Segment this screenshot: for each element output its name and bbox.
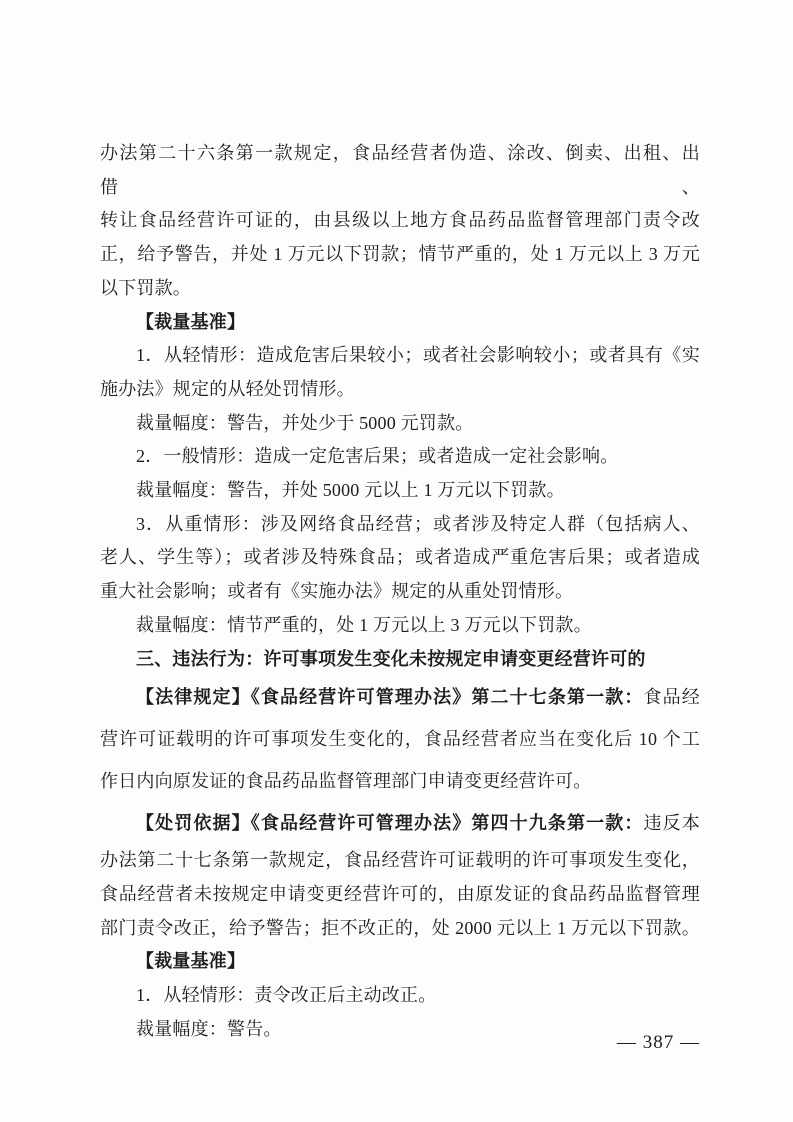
body-text-segment: 2．一般情形：造成一定危害后果；或者造成一定社会影响。 bbox=[136, 446, 618, 466]
penalty-basis-continued-line4: 以下罚款。 bbox=[100, 272, 700, 306]
discretion-standard-heading: 【裁量基准】 bbox=[100, 306, 700, 340]
legal-provision-line2: 营许可证载明的许可事项发生变化的，食品经营者应当在变化后 10 个工 bbox=[100, 718, 700, 760]
page-number: — 387 — bbox=[617, 1032, 700, 1053]
body-text-segment: 老人、学生等）；或者涉及特殊食品；或者造成严重危害后果；或者造成 bbox=[100, 547, 700, 567]
body-text-segment: 裁量幅度：情节严重的，处 1 万元以上 3 万元以下罚款。 bbox=[136, 615, 592, 635]
body-text-segment: 1．从轻情形：造成危害后果较小；或者社会影响较小；或者具有《实 bbox=[136, 345, 700, 365]
body-text-segment: 违反本 bbox=[644, 813, 700, 833]
light-case-line1: 1．从轻情形：造成危害后果较小；或者社会影响较小；或者具有《实 bbox=[100, 339, 700, 373]
document-page: 办法第二十六条第一款规定，食品经营者伪造、涂改、倒卖、出租、出借、转让食品经营许… bbox=[0, 0, 793, 1122]
penalty-basis-continued-line3: 正，给予警告，并处 1 万元以下罚款；情节严重的，处 1 万元以上 3 万元 bbox=[100, 238, 700, 272]
body-text-segment: 转让食品经营许可证的，由县级以上地方食品药品监督管理部门责令改 bbox=[100, 210, 700, 230]
body-text-segment: 重大社会影响；或者有《实施办法》规定的从重处罚情形。 bbox=[100, 581, 573, 601]
penalty-basis-line3: 食品经营者未按规定申请变更经营许可的，由原发证的食品药品监督管理 bbox=[100, 878, 700, 912]
body-text-segment: 正，给予警告，并处 1 万元以下罚款；情节严重的，处 1 万元以上 3 万元 bbox=[100, 244, 700, 264]
discretion-standard-heading-2: 【裁量基准】 bbox=[100, 945, 700, 979]
body-text-segment: 食品经 bbox=[644, 687, 700, 707]
body-text-segment: 办法第二十六条第一款规定，食品经营者伪造、涂改、倒卖、出租、出借、 bbox=[100, 143, 700, 197]
general-case-line1: 2．一般情形：造成一定危害后果；或者造成一定社会影响。 bbox=[100, 440, 700, 474]
bold-text-segment: 【法律规定】《食品经营许可管理办法》第二十七条第一款： bbox=[136, 687, 644, 707]
body-text-segment: 1．从轻情形：责令改正后主动改正。 bbox=[136, 985, 436, 1005]
body-text-segment: 作日内向原发证的食品药品监督管理部门申请变更经营许可。 bbox=[100, 771, 591, 791]
severe-case-line2: 老人、学生等）；或者涉及特殊食品；或者造成严重危害后果；或者造成 bbox=[100, 541, 700, 575]
bold-text-segment: 三、违法行为：许可事项发生变化未按规定申请变更经营许可的 bbox=[136, 649, 646, 669]
penalty-basis-line1: 【处罚依据】《食品经营许可管理办法》第四十九条第一款：违反本 bbox=[100, 802, 700, 844]
body-text-segment: 以下罚款。 bbox=[100, 278, 191, 298]
body-text-segment: 施办法》规定的从轻处罚情形。 bbox=[100, 379, 355, 399]
text-block: 办法第二十六条第一款规定，食品经营者伪造、涂改、倒卖、出租、出借、转让食品经营许… bbox=[100, 137, 700, 1046]
body-text-segment: 裁量幅度：警告，并处少于 5000 元罚款。 bbox=[136, 413, 473, 433]
bold-text-segment: 【裁量基准】 bbox=[136, 312, 245, 332]
severe-case-range: 裁量幅度：情节严重的，处 1 万元以上 3 万元以下罚款。 bbox=[100, 609, 700, 643]
severe-case-line3: 重大社会影响；或者有《实施办法》规定的从重处罚情形。 bbox=[100, 575, 700, 609]
body-text-segment: 办法第二十七条第一款规定，食品经营许可证载明的许可事项发生变化， bbox=[100, 850, 700, 870]
light-case-range: 裁量幅度：警告，并处少于 5000 元罚款。 bbox=[100, 407, 700, 441]
general-case-range: 裁量幅度：警告，并处 5000 元以上 1 万元以下罚款。 bbox=[100, 474, 700, 508]
page-footer: — 387 — bbox=[100, 1030, 700, 1056]
body-text-segment: 部门责令改正，给予警告；拒不改正的，处 2000 元以上 1 万元以下罚款。 bbox=[100, 918, 700, 938]
penalty-basis-line4: 部门责令改正，给予警告；拒不改正的，处 2000 元以上 1 万元以下罚款。 bbox=[100, 912, 700, 946]
body-text-segment: 3．从重情形：涉及网络食品经营；或者涉及特定人群（包括病人、 bbox=[136, 514, 700, 534]
penalty-basis-line2: 办法第二十七条第一款规定，食品经营许可证载明的许可事项发生变化， bbox=[100, 844, 700, 878]
light-case-line2: 施办法》规定的从轻处罚情形。 bbox=[100, 373, 700, 407]
section-three-heading: 三、违法行为：许可事项发生变化未按规定申请变更经营许可的 bbox=[100, 643, 700, 677]
severe-case-line1: 3．从重情形：涉及网络食品经营；或者涉及特定人群（包括病人、 bbox=[100, 508, 700, 542]
bold-text-segment: 【处罚依据】《食品经营许可管理办法》第四十九条第一款： bbox=[136, 813, 644, 833]
legal-provision-line1: 【法律规定】《食品经营许可管理办法》第二十七条第一款：食品经 bbox=[100, 676, 700, 718]
penalty-basis-continued-line1: 办法第二十六条第一款规定，食品经营者伪造、涂改、倒卖、出租、出借、 bbox=[100, 137, 700, 204]
bold-text-segment: 【裁量基准】 bbox=[136, 951, 245, 971]
legal-provision-line3: 作日内向原发证的食品药品监督管理部门申请变更经营许可。 bbox=[100, 760, 700, 802]
body-text-segment: 裁量幅度：警告，并处 5000 元以上 1 万元以下罚款。 bbox=[136, 480, 565, 500]
body-text-segment: 食品经营者未按规定申请变更经营许可的，由原发证的食品药品监督管理 bbox=[100, 884, 700, 904]
body-text-segment: 营许可证载明的许可事项发生变化的，食品经营者应当在变化后 10 个工 bbox=[100, 729, 700, 749]
penalty-basis-continued-line2: 转让食品经营许可证的，由县级以上地方食品药品监督管理部门责令改 bbox=[100, 204, 700, 238]
light-case-2-line1: 1．从轻情形：责令改正后主动改正。 bbox=[100, 979, 700, 1013]
